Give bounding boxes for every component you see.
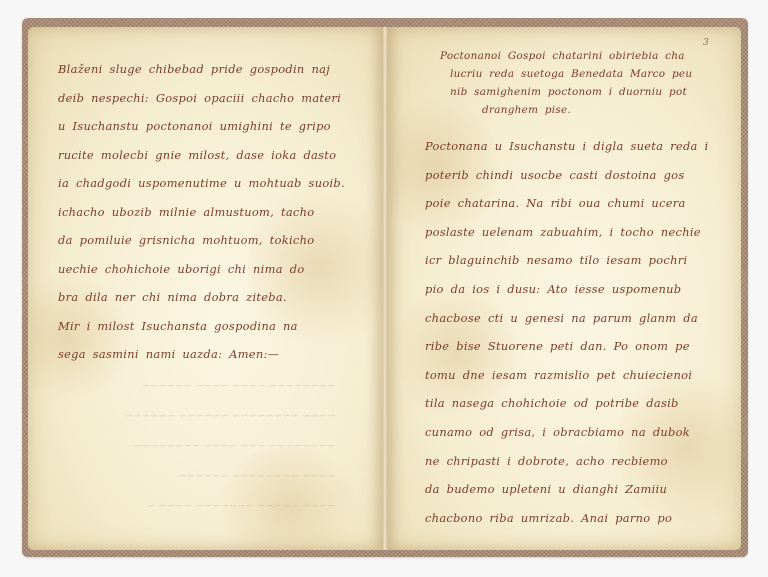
text-line: rucite molecbi gnie milost, dase ioka da…	[58, 141, 345, 170]
text-line: Blaženi slugе chibebad pride gospodin na…	[58, 55, 345, 84]
text-line: poie chatarina. Na ribi oua chumi ucera	[425, 189, 709, 218]
text-line: u Isuchanstu poctonanoi umighini te grip…	[58, 112, 345, 141]
left-page-text: Blaženi slugе chibebad pride gospodin na…	[58, 55, 345, 369]
text-line: tomu dne iesam razmislio pet chuiecienoi	[425, 361, 709, 390]
page-number: 3	[703, 38, 709, 48]
bleed-through-text: ~~~~~~~~ ~~~~ ~~~~ ~~~~~~ ~~~~ ~~~~~~~~ …	[125, 372, 336, 522]
text-line: icr blaguinchib nesamo tilo iesam pochri	[425, 246, 709, 275]
heading-line: lucriu reda suetoga Benedata Marco peu	[440, 65, 692, 83]
text-line: cunamo od grisa, i obracbiamo na dubok	[425, 418, 709, 447]
text-line: uechie chohichoie uborigi chi nima do	[58, 255, 345, 284]
text-line: Poctonana u Isuchanstu i digla sueta red…	[425, 132, 709, 161]
right-page-heading: Poctonanoi Gospoi chatarini obiriebia ch…	[440, 47, 692, 119]
heading-line: Poctonanoi Gospoi chatarini obiriebia ch…	[440, 47, 692, 65]
right-page-text: Poctonana u Isuchanstu i digla sueta red…	[425, 132, 709, 532]
text-line: Mir i milost Isuchansta gospodina na	[58, 312, 345, 341]
text-line: ia chadgodi uspomenutime u mohtuab suoib…	[58, 169, 345, 198]
text-line: ne chripasti i dobrote, acho recbiemo	[425, 447, 709, 476]
text-line: poslaste uelenam zabuahim, i tocho nechi…	[425, 218, 709, 247]
text-line: chacbono riba umrizab. Anai parno po	[425, 504, 709, 533]
text-line: deib nespechi: Gospoi opaciii chacho mat…	[58, 84, 345, 113]
text-line: pio da ios i dusu: Ato iesse uspomenub	[425, 275, 709, 304]
heading-line: nib samighenim poctonom i duorniu pot	[440, 83, 692, 101]
text-line: bra dila ner chi nima dobra ziteba.	[58, 283, 345, 312]
text-line: ribe bise Stuorene peti dan. Po onom pe	[425, 332, 709, 361]
text-line: poterib chindi usocbe casti dostoina gos	[425, 161, 709, 190]
heading-line: dranghem pise.	[440, 101, 692, 119]
text-line: tila nasega chohichoie od potribe dasib	[425, 389, 709, 418]
text-line: ichacho ubozib milnie almustuom, tacho	[58, 198, 345, 227]
text-line: sega sasmini nami uazda: Amen:—	[58, 340, 345, 369]
text-line: chacbose cti u genesi na parum glanm da	[425, 304, 709, 333]
text-line: da pomiluie grisnicha mohtuom, tokicho	[58, 226, 345, 255]
text-line: da budemo upleteni u dianghi Zamiiu	[425, 475, 709, 504]
